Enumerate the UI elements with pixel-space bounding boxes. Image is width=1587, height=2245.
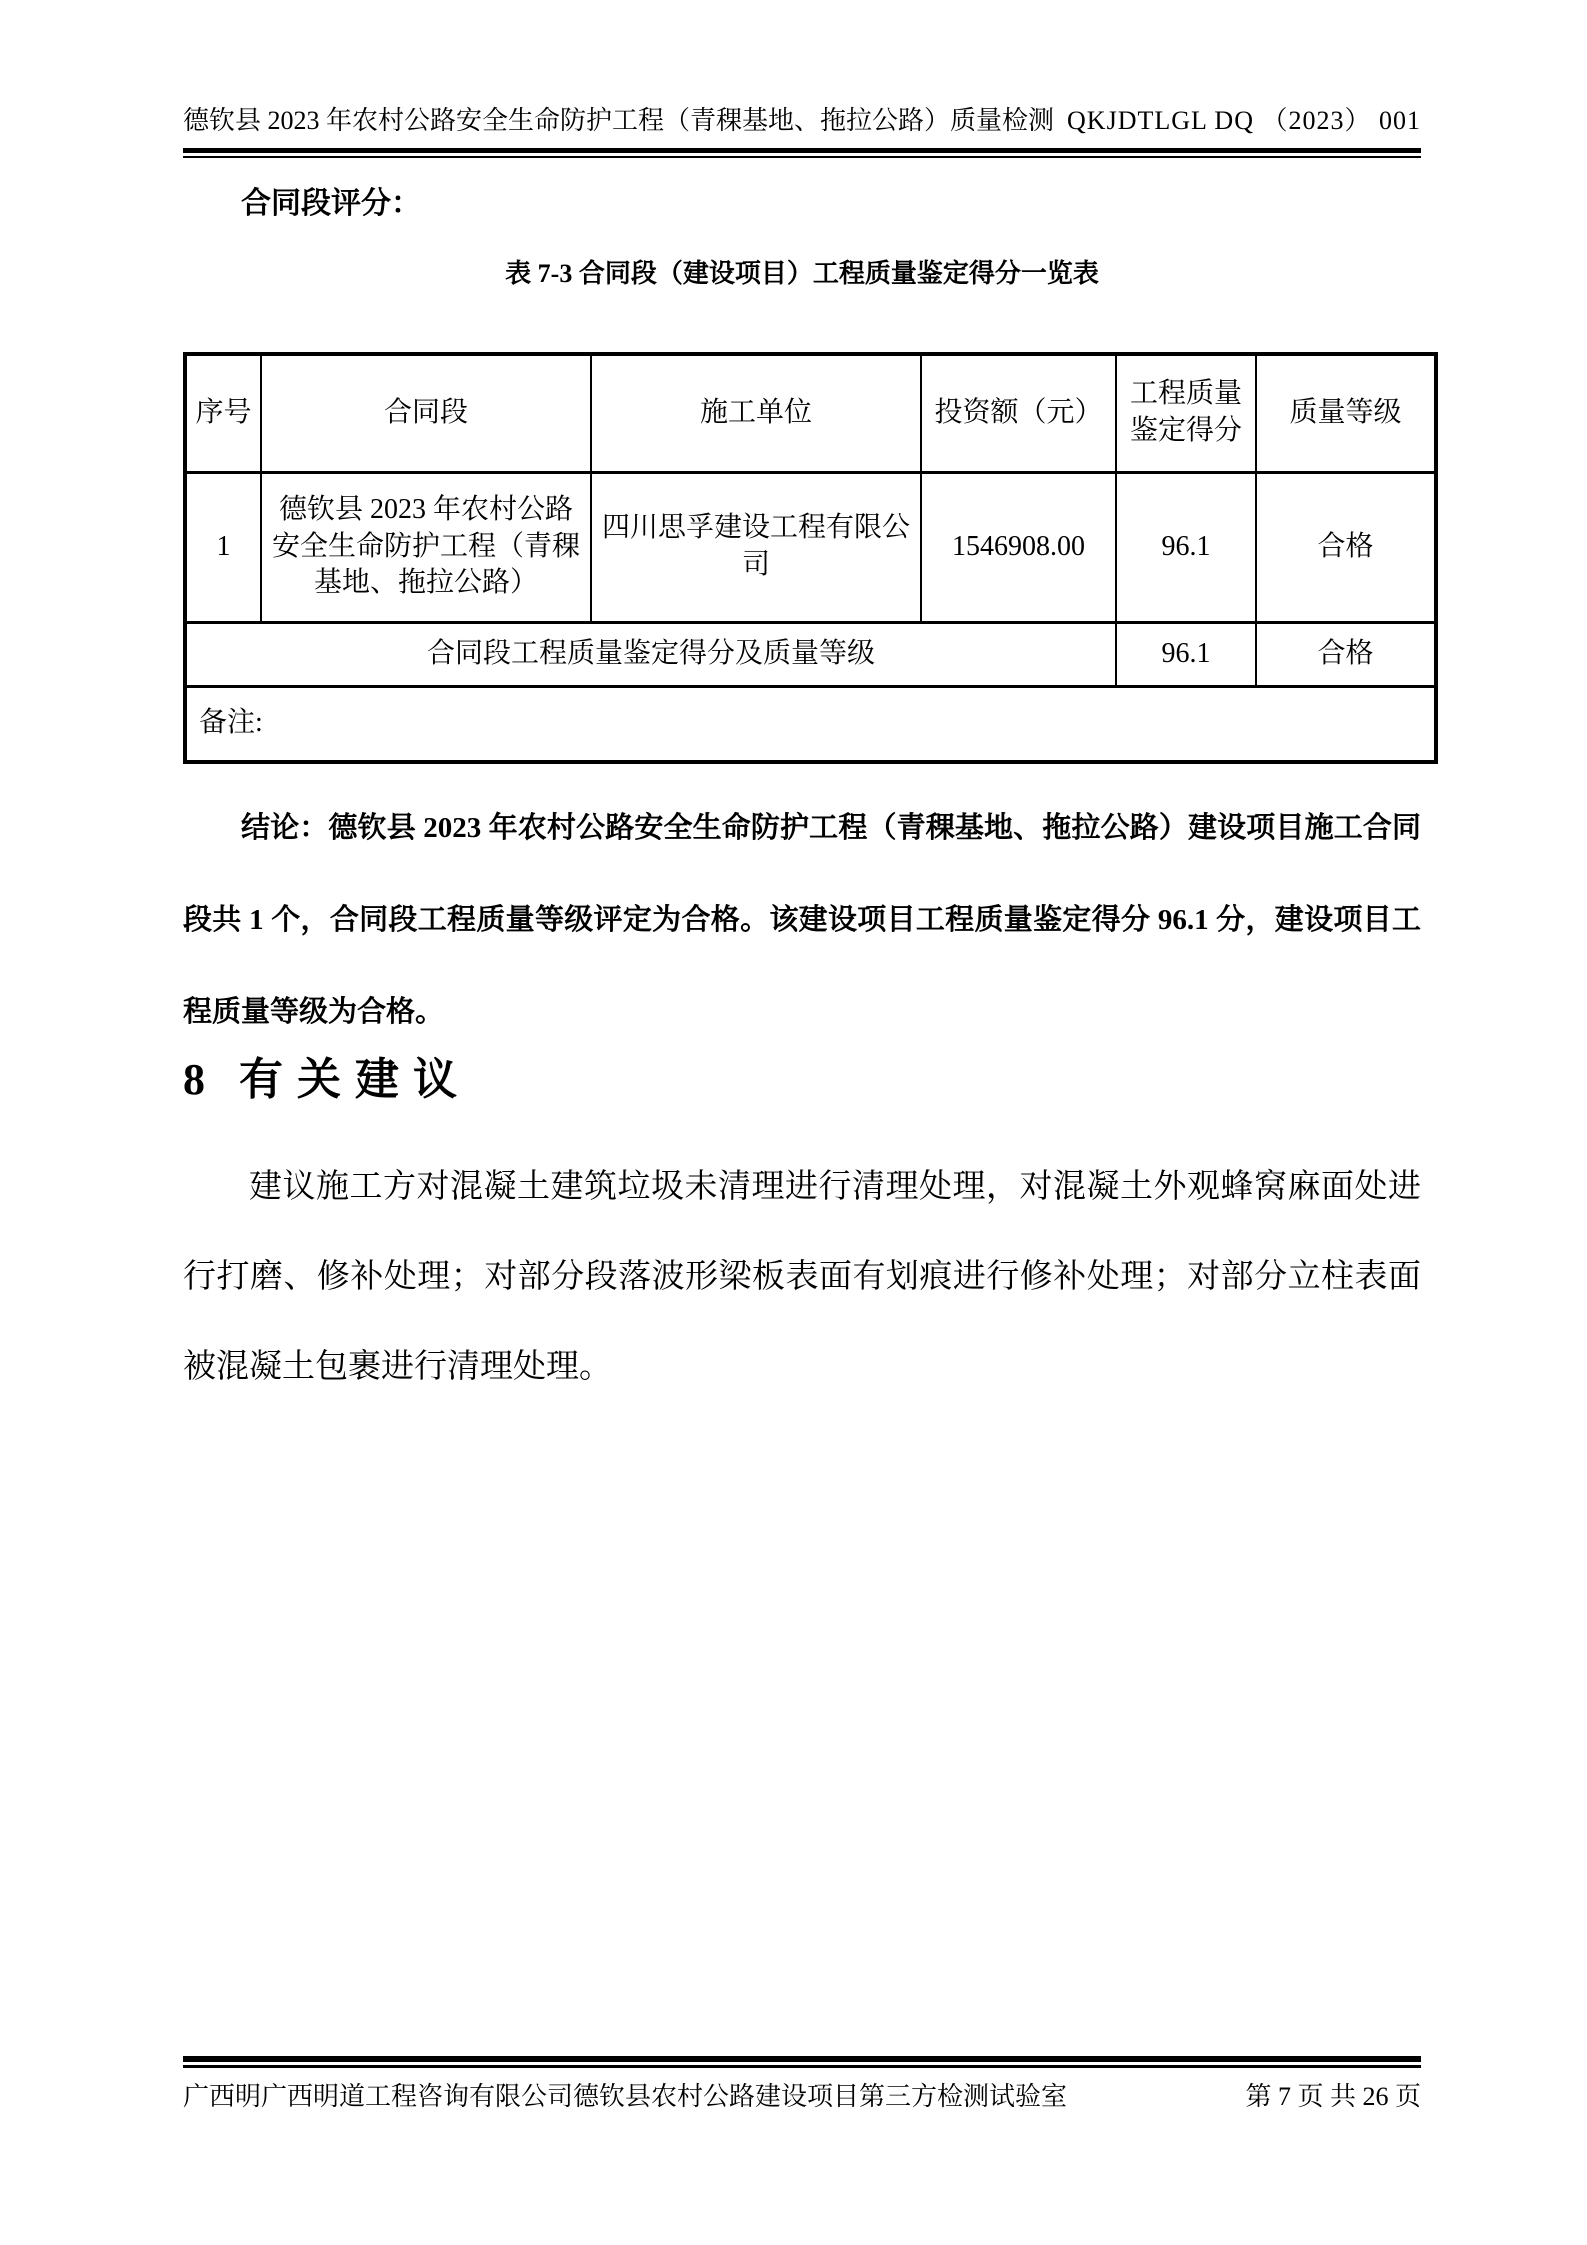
summary-score: 96.1: [1116, 622, 1256, 686]
footer-page-number: 第 7 页 共 26 页: [1245, 2080, 1421, 2114]
table-remark-row: 备注:: [185, 686, 1436, 762]
cell-score: 96.1: [1116, 472, 1256, 622]
col-header-contractor: 施工单位: [591, 354, 921, 472]
col-header-grade: 质量等级: [1256, 354, 1436, 472]
cell-no: 1: [185, 472, 261, 622]
table-summary-row: 合同段工程质量鉴定得分及质量等级 96.1 合格: [185, 622, 1436, 686]
recommendation-paragraph: 建议施工方对混凝土建筑垃圾未清理进行清理处理，对混凝土外观蜂窝麻面处进行打磨、修…: [183, 1142, 1421, 1412]
table-header-row: 序号 合同段 施工单位 投资额（元） 工程质量鉴定得分 质量等级: [185, 354, 1436, 472]
cell-grade: 合格: [1256, 472, 1436, 622]
footer-divider-thin-line: [183, 2065, 1421, 2068]
score-table: 序号 合同段 施工单位 投资额（元） 工程质量鉴定得分 质量等级 1 德钦县 2…: [183, 352, 1438, 764]
cell-section: 德钦县 2023 年农村公路安全生命防护工程（青稞基地、拖拉公路）: [261, 472, 591, 622]
section-lead-label: 合同段评分：: [183, 184, 1421, 224]
page-header: 德钦县 2023 年农村公路安全生命防护工程（青稞基地、拖拉公路）质量检测 QK…: [183, 104, 1421, 138]
page-footer: 广西明广西明道工程咨询有限公司德钦县农村公路建设项目第三方检测试验室 第 7 页…: [183, 2080, 1421, 2114]
section-heading-number: 8: [183, 1052, 205, 1108]
table-caption: 表 7-3 合同段（建设项目）工程质量鉴定得分一览表: [183, 256, 1421, 292]
header-document-number: QKJDTLGL DQ （2023） 001: [1067, 104, 1421, 138]
conclusion-paragraph: 结论：德钦县 2023 年农村公路安全生命防护工程（青稞基地、拖拉公路）建设项目…: [183, 782, 1421, 1058]
col-header-section: 合同段: [261, 354, 591, 472]
document-page: 德钦县 2023 年农村公路安全生命防护工程（青稞基地、拖拉公路）质量检测 QK…: [0, 0, 1587, 2245]
header-divider: [183, 148, 1421, 158]
header-project-title: 德钦县 2023 年农村公路安全生命防护工程（青稞基地、拖拉公路）质量检测: [183, 104, 1054, 138]
col-header-score: 工程质量鉴定得分: [1116, 354, 1256, 472]
summary-grade: 合格: [1256, 622, 1436, 686]
col-header-no: 序号: [185, 354, 261, 472]
cell-investment: 1546908.00: [921, 472, 1116, 622]
footer-divider: [183, 2056, 1421, 2068]
col-header-investment: 投资额（元）: [921, 354, 1116, 472]
cell-contractor: 四川思孚建设工程有限公司: [591, 472, 921, 622]
section-heading: 8 有关建议: [183, 1052, 1421, 1108]
section-heading-title: 有关建议: [239, 1052, 471, 1108]
remark-label: 备注:: [185, 686, 1436, 762]
footer-organization: 广西明广西明道工程咨询有限公司德钦县农村公路建设项目第三方检测试验室: [183, 2080, 1067, 2114]
table-row: 1 德钦县 2023 年农村公路安全生命防护工程（青稞基地、拖拉公路） 四川思孚…: [185, 472, 1436, 622]
summary-label: 合同段工程质量鉴定得分及质量等级: [185, 622, 1116, 686]
header-divider-thin-line: [183, 156, 1421, 158]
